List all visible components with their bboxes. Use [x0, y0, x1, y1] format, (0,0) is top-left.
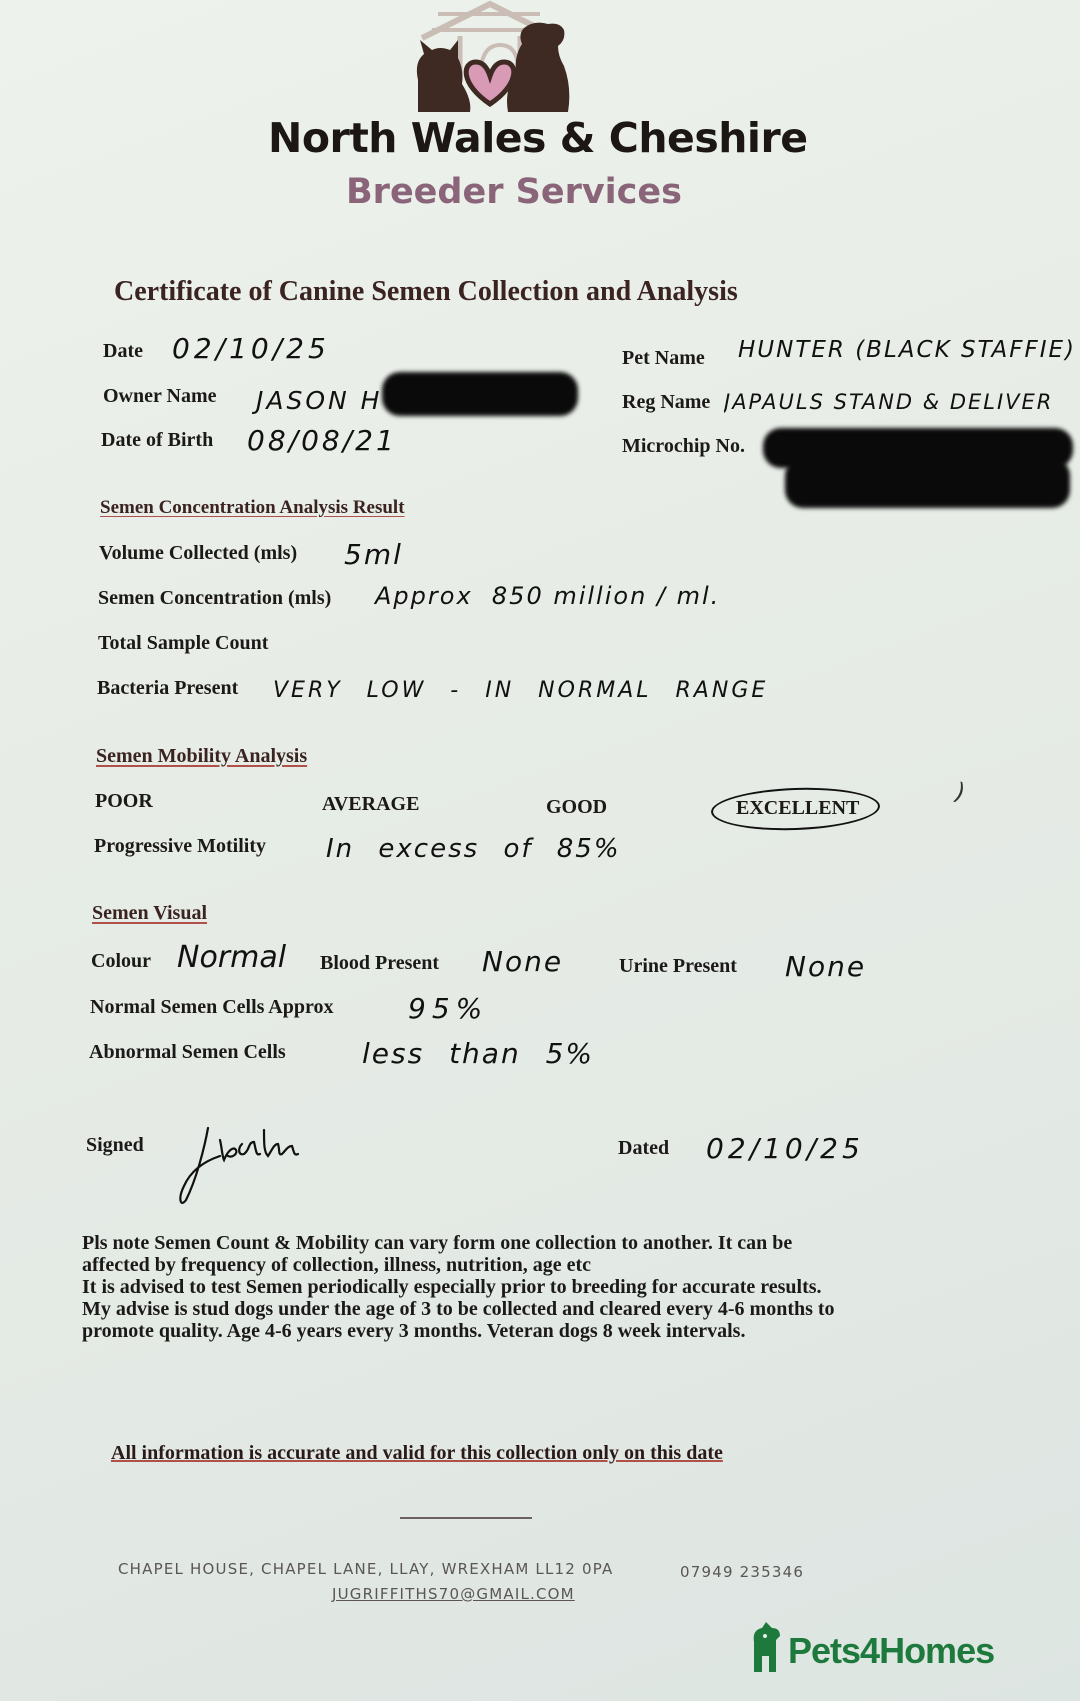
dated-value: 02/10/25: [706, 1132, 864, 1165]
abnormal-cells-value: less than 5%: [362, 1037, 594, 1070]
brand-subtitle: Breeder Services: [346, 172, 682, 212]
progressive-motility-value: In excess of 85%: [326, 834, 621, 864]
urine-present-label: Urine Present: [619, 955, 737, 978]
signature: [178, 1120, 328, 1210]
visual-heading: Semen Visual: [92, 902, 207, 925]
colour-value: Normal: [177, 940, 286, 975]
notes-block: Pls note Semen Count & Mobility can vary…: [82, 1232, 862, 1342]
blood-present-value: None: [482, 945, 563, 978]
microchip-redaction-2: [785, 458, 1070, 508]
dob-value: 08/08/21: [247, 424, 397, 457]
microchip-label: Microchip No.: [622, 435, 745, 458]
dob-label: Date of Birth: [101, 429, 213, 452]
total-sample-count-label: Total Sample Count: [98, 632, 268, 655]
normal-cells-value: 95%: [408, 992, 488, 1025]
note-2: It is advised to test Semen periodically…: [82, 1276, 862, 1298]
bacteria-label: Bacteria Present: [97, 677, 238, 700]
rating-excellent: EXCELLENT: [736, 797, 859, 820]
concentration-heading: Semen Concentration Analysis Result: [100, 497, 405, 519]
progressive-motility-label: Progressive Motility: [94, 835, 266, 858]
footer-address: CHAPEL HOUSE, CHAPEL LANE, LLAY, WREXHAM…: [118, 1560, 614, 1578]
dated-label: Dated: [618, 1137, 669, 1160]
pet-name-label: Pet Name: [622, 347, 705, 370]
owner-name-value: JASON H: [256, 386, 382, 415]
volume-label: Volume Collected (mls): [99, 542, 297, 565]
rating-poor: POOR: [95, 790, 153, 813]
bacteria-value: VERY LOW - IN NORMAL RANGE: [273, 678, 768, 703]
certificate-title: Certificate of Canine Semen Collection a…: [114, 276, 738, 308]
pets4homes-watermark: Pets4Homes: [750, 1620, 994, 1672]
date-label: Date: [103, 340, 143, 363]
reg-name-label: Reg Name: [622, 391, 710, 414]
pets4homes-dog-icon: [750, 1622, 784, 1672]
note-3: My advise is stud dogs under the age of …: [82, 1298, 862, 1342]
urine-present-value: None: [785, 950, 866, 983]
signed-label: Signed: [86, 1134, 144, 1157]
reg-name-value: JAPAULS STAND & DELIVER: [724, 390, 1053, 414]
note-1: Pls note Semen Count & Mobility can vary…: [82, 1232, 862, 1276]
owner-name-label: Owner Name: [103, 385, 217, 408]
colour-label: Colour: [91, 950, 151, 973]
cat-dog-heart-house-logo-icon: [400, 0, 580, 115]
pen-mark: ): [950, 777, 968, 807]
rating-average: AVERAGE: [322, 793, 419, 816]
concentration-value: Approx 850 million / ml.: [375, 582, 720, 610]
footer-phone: 07949 235346: [680, 1563, 804, 1581]
footer-divider: [400, 1517, 532, 1519]
pets4homes-text: Pets4Homes: [788, 1630, 994, 1672]
pet-name-value: HUNTER (BLACK STAFFIE): [738, 337, 1076, 363]
brand-logo: [400, 0, 580, 115]
brand-title: North Wales & Cheshire: [268, 114, 808, 162]
concentration-label: Semen Concentration (mls): [98, 587, 331, 610]
normal-cells-label: Normal Semen Cells Approx: [90, 996, 334, 1019]
rating-good: GOOD: [546, 796, 607, 819]
volume-value: 5ml: [344, 538, 403, 571]
signature-scribble-icon: [178, 1120, 328, 1210]
abnormal-cells-label: Abnormal Semen Cells: [89, 1041, 286, 1064]
date-value: 02/10/25: [172, 332, 330, 365]
mobility-heading: Semen Mobility Analysis: [96, 745, 307, 768]
disclaimer: All information is accurate and valid fo…: [111, 1442, 723, 1465]
footer-email[interactable]: JUGRIFFITHS70@GMAIL.COM: [332, 1585, 575, 1603]
blood-present-label: Blood Present: [320, 952, 439, 975]
owner-name-redaction: [382, 372, 578, 416]
